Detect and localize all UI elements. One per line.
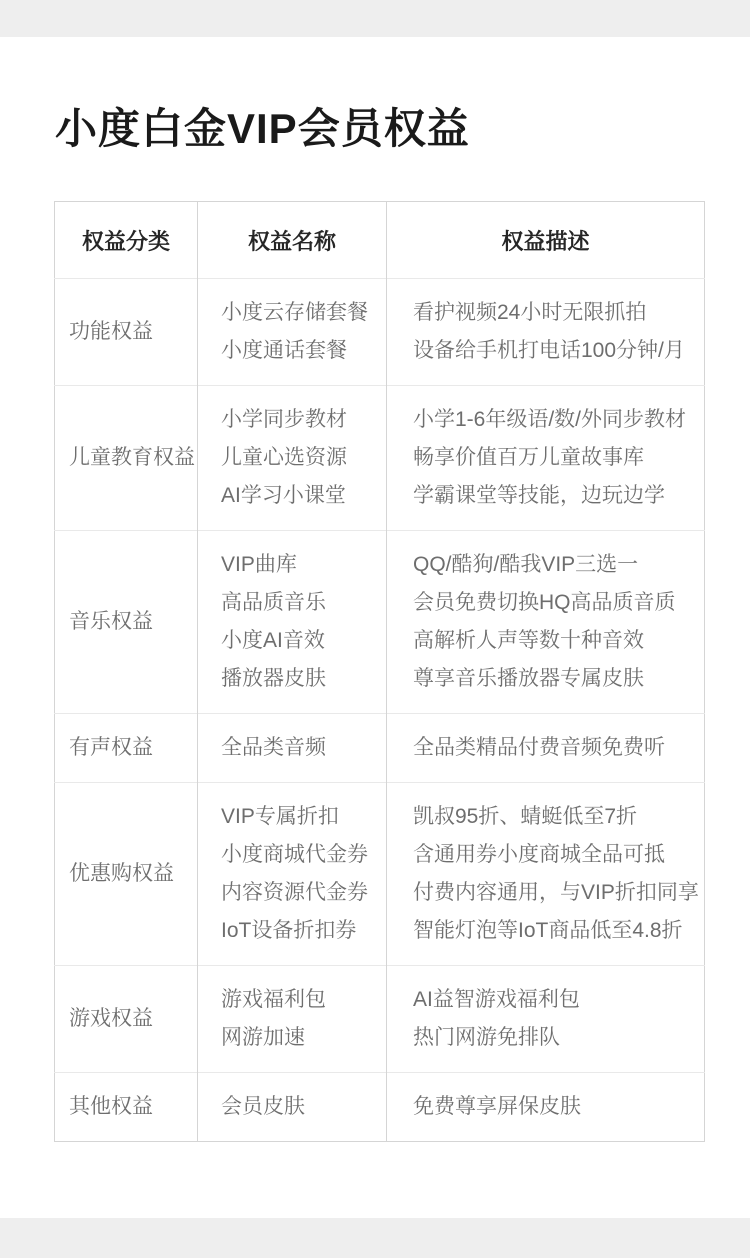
benefit-names-cell: VIP曲库高品质音乐小度AI音效播放器皮肤 <box>198 531 387 714</box>
benefit-name-line: 小度商城代金券 <box>221 836 380 874</box>
benefit-description-line: 学霸课堂等技能，边玩边学 <box>413 477 698 515</box>
benefit-category: 优惠购权益 <box>69 855 191 893</box>
table-row: 游戏权益 游戏福利包网游加速 AI益智游戏福利包热门网游免排队 <box>55 966 705 1073</box>
benefit-name-line: AI学习小课堂 <box>221 477 380 515</box>
benefit-names-cell: 游戏福利包网游加速 <box>198 966 387 1073</box>
benefit-description-line: 小学1-6年级语/数/外同步教材 <box>413 401 698 439</box>
benefit-names-cell: 全品类音频 <box>198 714 387 783</box>
benefit-names-cell: 会员皮肤 <box>198 1073 387 1142</box>
benefit-description-line: QQ/酷狗/酷我VIP三选一 <box>413 546 698 584</box>
benefit-names-cell: 小度云存储套餐小度通话套餐 <box>198 279 387 386</box>
benefit-category-cell: 儿童教育权益 <box>55 386 198 531</box>
benefit-descriptions-cell: AI益智游戏福利包热门网游免排队 <box>387 966 705 1073</box>
benefit-name-line: 会员皮肤 <box>221 1088 380 1126</box>
table-row: 优惠购权益 VIP专属折扣小度商城代金券内容资源代金券IoT设备折扣券 凯叔95… <box>55 783 705 966</box>
benefit-category-cell: 游戏权益 <box>55 966 198 1073</box>
benefit-descriptions-cell: 看护视频24小时无限抓拍设备给手机打电话100分钟/月 <box>387 279 705 386</box>
benefit-names-cell: 小学同步教材儿童心选资源AI学习小课堂 <box>198 386 387 531</box>
benefit-name-line: 小度AI音效 <box>221 622 380 660</box>
benefit-description-line: AI益智游戏福利包 <box>413 981 698 1019</box>
table-row: 音乐权益 VIP曲库高品质音乐小度AI音效播放器皮肤 QQ/酷狗/酷我VIP三选… <box>55 531 705 714</box>
benefit-name-line: VIP专属折扣 <box>221 798 380 836</box>
benefit-names-cell: VIP专属折扣小度商城代金券内容资源代金券IoT设备折扣券 <box>198 783 387 966</box>
benefit-name-line: 小度云存储套餐 <box>221 294 380 332</box>
benefit-description-line: 含通用券小度商城全品可抵 <box>413 836 698 874</box>
benefit-descriptions-cell: QQ/酷狗/酷我VIP三选一会员免费切换HQ高品质音质高解析人声等数十种音效尊享… <box>387 531 705 714</box>
benefit-description-line: 高解析人声等数十种音效 <box>413 622 698 660</box>
benefit-description-line: 凯叔95折、蜻蜓低至7折 <box>413 798 698 836</box>
benefit-description-line: 热门网游免排队 <box>413 1019 698 1057</box>
benefit-description-line: 全品类精品付费音频免费听 <box>413 729 698 767</box>
page-title: 小度白金VIP会员权益 <box>0 37 750 155</box>
benefit-name-line: 小学同步教材 <box>221 401 380 439</box>
benefit-description-line: 智能灯泡等IoT商品低至4.8折 <box>413 912 698 950</box>
benefit-category: 功能权益 <box>69 313 191 351</box>
benefit-name-line: 全品类音频 <box>221 729 380 767</box>
benefit-name-line: IoT设备折扣券 <box>221 912 380 950</box>
benefit-description-line: 会员免费切换HQ高品质音质 <box>413 584 698 622</box>
header-name: 权益名称 <box>198 202 387 279</box>
header-category: 权益分类 <box>55 202 198 279</box>
header-row: 权益分类 权益名称 权益描述 <box>55 202 705 279</box>
benefit-category-cell: 有声权益 <box>55 714 198 783</box>
benefit-description-line: 付费内容通用，与VIP折扣同享 <box>413 874 698 912</box>
benefit-name-line: 网游加速 <box>221 1019 380 1057</box>
benefit-category-cell: 功能权益 <box>55 279 198 386</box>
benefit-category-cell: 音乐权益 <box>55 531 198 714</box>
benefit-name-line: 内容资源代金券 <box>221 874 380 912</box>
benefit-category: 游戏权益 <box>69 1000 191 1038</box>
table-row: 有声权益 全品类音频 全品类精品付费音频免费听 <box>55 714 705 783</box>
benefit-name-line: 播放器皮肤 <box>221 660 380 698</box>
benefit-descriptions-cell: 凯叔95折、蜻蜓低至7折含通用券小度商城全品可抵付费内容通用，与VIP折扣同享智… <box>387 783 705 966</box>
benefits-table: 权益分类 权益名称 权益描述 功能权益 小度云存储套餐小度通话套餐 看护视频24… <box>54 201 705 1142</box>
bottom-band <box>0 1218 750 1258</box>
benefit-description-line: 免费尊享屏保皮肤 <box>413 1088 698 1126</box>
page: 小度白金VIP会员权益 权益分类 权益名称 权益描述 功能权益 小度云存储套餐小… <box>0 0 750 1258</box>
table-row: 儿童教育权益 小学同步教材儿童心选资源AI学习小课堂 小学1-6年级语/数/外同… <box>55 386 705 531</box>
benefit-name-line: VIP曲库 <box>221 546 380 584</box>
table-row: 其他权益 会员皮肤 免费尊享屏保皮肤 <box>55 1073 705 1142</box>
benefit-description-line: 看护视频24小时无限抓拍 <box>413 294 698 332</box>
benefit-descriptions-cell: 免费尊享屏保皮肤 <box>387 1073 705 1142</box>
benefit-category-cell: 其他权益 <box>55 1073 198 1142</box>
benefit-description-line: 设备给手机打电话100分钟/月 <box>413 332 698 370</box>
top-band <box>0 0 750 37</box>
benefit-category-cell: 优惠购权益 <box>55 783 198 966</box>
benefit-name-line: 儿童心选资源 <box>221 439 380 477</box>
benefit-category: 有声权益 <box>69 729 191 767</box>
benefit-descriptions-cell: 小学1-6年级语/数/外同步教材畅享价值百万儿童故事库学霸课堂等技能，边玩边学 <box>387 386 705 531</box>
benefits-table-container: 权益分类 权益名称 权益描述 功能权益 小度云存储套餐小度通话套餐 看护视频24… <box>54 201 750 1142</box>
benefit-category: 音乐权益 <box>69 603 191 641</box>
benefit-description-line: 畅享价值百万儿童故事库 <box>413 439 698 477</box>
benefit-category: 儿童教育权益 <box>69 439 191 477</box>
benefit-category: 其他权益 <box>69 1088 191 1126</box>
benefit-name-line: 小度通话套餐 <box>221 332 380 370</box>
benefit-description-line: 尊享音乐播放器专属皮肤 <box>413 660 698 698</box>
table-row: 功能权益 小度云存储套餐小度通话套餐 看护视频24小时无限抓拍设备给手机打电话1… <box>55 279 705 386</box>
benefit-name-line: 高品质音乐 <box>221 584 380 622</box>
table-body: 功能权益 小度云存储套餐小度通话套餐 看护视频24小时无限抓拍设备给手机打电话1… <box>55 279 705 1142</box>
table-header: 权益分类 权益名称 权益描述 <box>55 202 705 279</box>
benefit-name-line: 游戏福利包 <box>221 981 380 1019</box>
header-description: 权益描述 <box>387 202 705 279</box>
benefit-descriptions-cell: 全品类精品付费音频免费听 <box>387 714 705 783</box>
